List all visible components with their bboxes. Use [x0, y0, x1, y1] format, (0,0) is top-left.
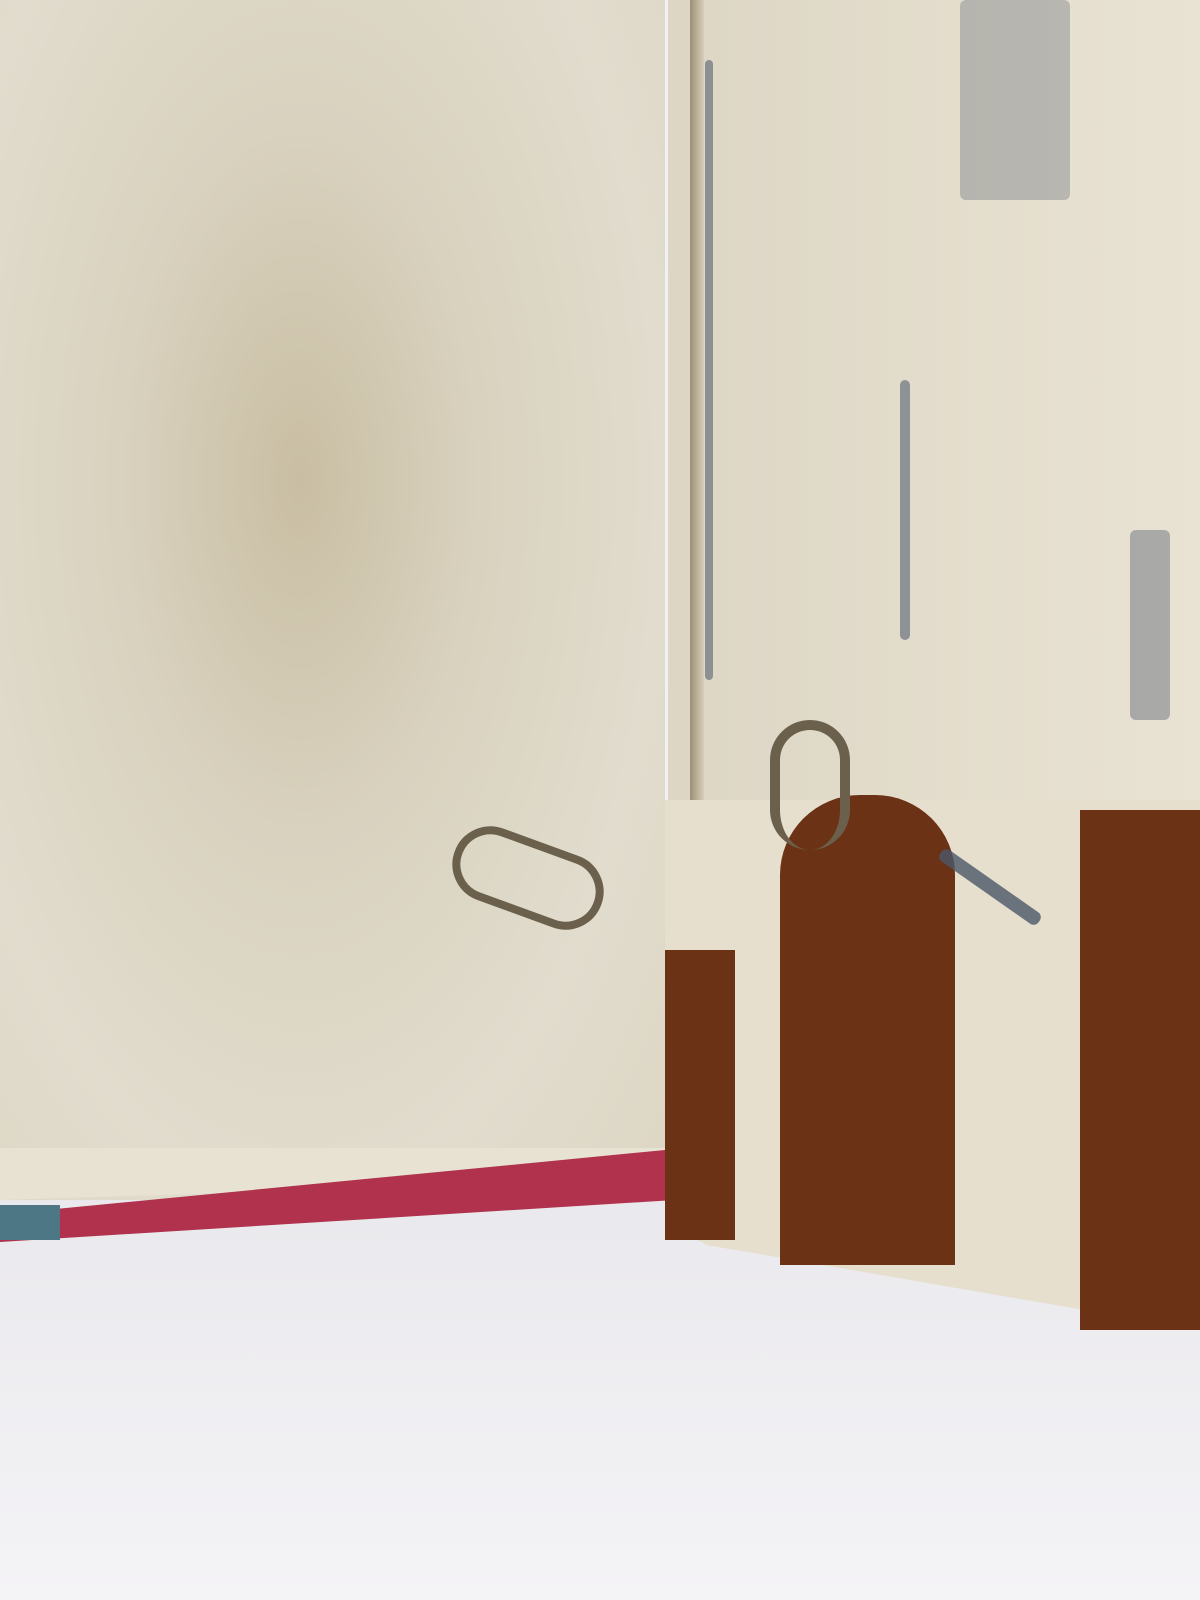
ink-stroke: [900, 380, 910, 640]
cover-pattern-block: [780, 795, 955, 1265]
right-page: [668, 0, 1200, 820]
cut-mark: [770, 720, 850, 850]
left-page: [0, 0, 665, 1200]
ink-stroke: [705, 60, 713, 680]
cover-pattern-block: [665, 950, 735, 1240]
cover-pattern-block: [1080, 810, 1200, 1330]
blue-cover-corner: [0, 1205, 60, 1240]
ink-stroke: [1130, 530, 1170, 720]
ink-stroke: [960, 0, 1070, 200]
